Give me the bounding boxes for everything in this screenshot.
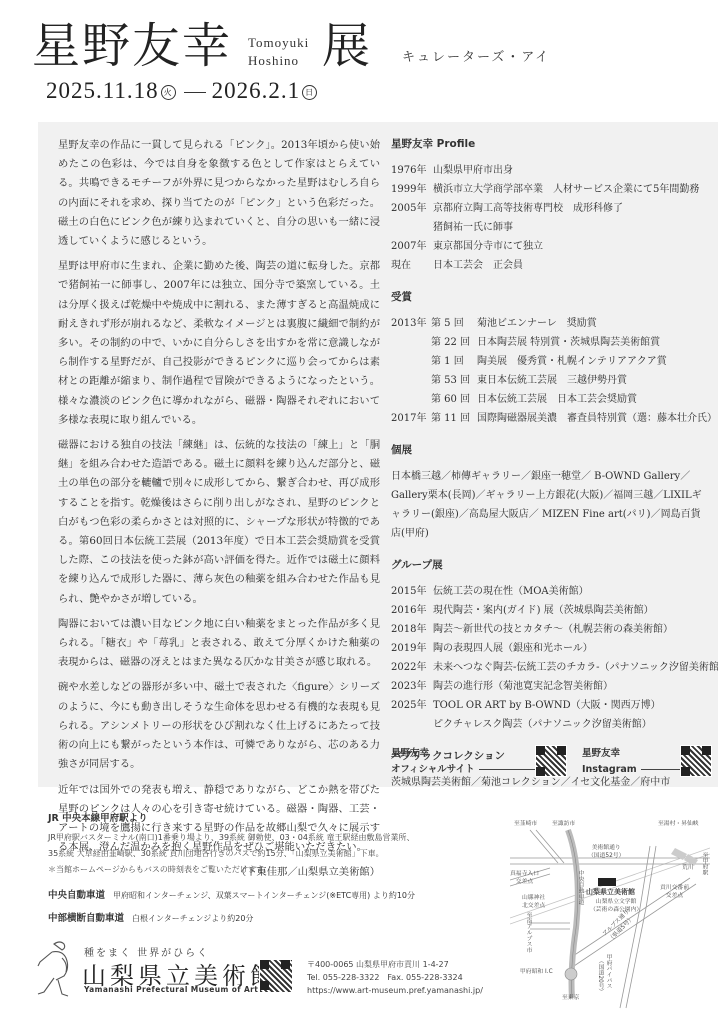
museum-name-en: Yamanashi Prefectural Museum of Art xyxy=(84,985,258,994)
museum-url[interactable]: https://www.art-museum.pref.yamanashi.jp… xyxy=(307,984,483,997)
award-row: 第 1 回陶美展 優秀賞・札幌インテリアアクア賞 xyxy=(391,352,709,371)
leader-line xyxy=(641,769,681,770)
exhibition-suffix: 展 xyxy=(322,18,370,74)
sower-logo-icon xyxy=(36,938,76,1002)
group-section: グループ展 2015年伝統工芸の現在性（MOA美術館） 2016年現代陶芸・案内… xyxy=(391,557,709,734)
exhibition-dates: 2025.11.18火2026.2.1日 xyxy=(46,78,319,104)
map-museum-label: 山梨県立美術館 xyxy=(586,888,635,896)
jr-access-note: ＊当館ホームページからもバスの時刻表をご覧いただけます。 xyxy=(48,862,508,878)
access-info: JR 中央本線甲府駅より JR甲府駅バスターミナル(南口)1番乗り場より、39系… xyxy=(48,810,508,924)
awards-section: 受賞 2013年第 5 回菊池ビエンナーレ 奨励賞 第 22 回日本陶芸展 特別… xyxy=(391,289,709,428)
group-row: ピクチャレスク陶芸（パナソニック汐留美術館） xyxy=(391,715,709,734)
leader-line xyxy=(479,769,535,770)
access-map: 至韮崎市 至諏訪市 至湯村・昇仙峡 美術館通り（国道52号） 真福寺入口交差点 … xyxy=(510,808,710,1013)
solo-list: 日本橋三越／柿傳ギャラリー／銀座一穂堂／ B-OWND Gallery／Gall… xyxy=(391,467,709,543)
artist-name-en-last: Hoshino xyxy=(248,52,309,70)
day-badge-end: 日 xyxy=(302,85,317,100)
artist-name-en: Tomoyuki Hoshino xyxy=(248,34,309,70)
group-row: 2022年未来へつなぐ陶芸-伝統工芸のチカラ-（パナソニック汐留美術館他） xyxy=(391,658,709,677)
profile-row: 1999年横浜市立大学商学部卒業 人材サービス企業にて5年間勤務 xyxy=(391,180,709,199)
essay-paragraph: 星野友幸の作品に一貫して見られる「ピンク」。2013年頃から使い始めたこの色彩は… xyxy=(58,136,380,251)
essay-paragraph: 陶器においては濃い目なピンク地に白い釉薬をまとった作品が多く見られる。「糖衣」や… xyxy=(58,615,380,673)
solo-section: 個展 日本橋三越／柿傳ギャラリー／銀座一穂堂／ B-OWND Gallery／G… xyxy=(391,442,709,543)
profile-title: 星野友幸 Profile xyxy=(391,136,709,151)
group-row: 2018年陶芸〜新世代の技とカタチ〜（札幌芸術の森美術館） xyxy=(391,620,709,639)
group-row: 2025年TOOL OR ART by B-OWND（大阪・関西万博） xyxy=(391,696,709,715)
essay-paragraph: 碗や水差しなどの器形が多い中、磁土で表された〈figure〉シリーズのように、今… xyxy=(58,678,380,774)
jr-access-line: 35系統 大草経由韮崎駅、30系統 貢川団地各行きのバスで約15分、「山梨県立美… xyxy=(48,846,508,862)
museum-address: 〒400-0065 山梨県甲府市貢川 1-4-27 xyxy=(307,958,483,971)
award-row: 第 53 回東日本伝統工芸展 三越伊勢丹賞 xyxy=(391,371,709,390)
profile-row: 猪飼祐一氏に師事 xyxy=(391,218,709,237)
museum-phone: Tel. 055-228-3322 Fax. 055-228-3324 xyxy=(307,971,483,984)
road-access: 中部横断自動車道白根インターチェンジより約20分 xyxy=(48,910,508,924)
jr-access-line: JR甲府駅バスターミナル(南口)1番乗り場より、39系統 御勅使、03・04系統… xyxy=(48,830,508,846)
profile-column: 星野友幸 Profile 1976年山梨県甲府市出身 1999年横浜市立大学商学… xyxy=(391,136,709,806)
essay-paragraph: 磁器における独自の技法「練継」は、伝統的な技法の「練上」と「胴継」を組み合わせた… xyxy=(58,436,380,609)
instagram-qr-icon[interactable] xyxy=(680,745,712,777)
award-row: 第 22 回日本陶芸展 特別賞・茨城県陶芸美術館賞 xyxy=(391,333,709,352)
artist-name-en-first: Tomoyuki xyxy=(248,34,309,52)
series-title: キュレーターズ・アイ xyxy=(402,46,550,65)
date-start: 2025.11.18 xyxy=(46,78,159,103)
profile-row: 現在日本工芸会 正会員 xyxy=(391,256,709,275)
profile-section: 星野友幸 Profile 1976年山梨県甲府市出身 1999年横浜市立大学商学… xyxy=(391,136,709,275)
essay-paragraph: 星野は甲府市に生まれ、企業に勤めた後、陶芸の道に転身した。京都で猪飼祐一に師事し… xyxy=(58,257,380,430)
museum-contact: 〒400-0065 山梨県甲府市貢川 1-4-27 Tel. 055-228-3… xyxy=(307,958,483,997)
instagram-link[interactable]: 星野友幸 Instagram xyxy=(582,746,681,778)
museum-qr-icon[interactable] xyxy=(259,959,293,993)
group-row: 2019年陶の表現四人展（銀座和光ホール） xyxy=(391,639,709,658)
group-title: グループ展 xyxy=(391,557,709,572)
artist-name-jp: 星野友幸 xyxy=(32,18,232,74)
profile-row: 1976年山梨県甲府市出身 xyxy=(391,161,709,180)
jr-access-title: JR 中央本線甲府駅より xyxy=(48,810,508,824)
date-dash xyxy=(184,92,206,93)
group-row: 2023年陶芸の進行形（菊池寛実記念智美術館） xyxy=(391,677,709,696)
date-end: 2026.2.1 xyxy=(212,78,301,103)
award-row: 第 60 回日本伝統工芸展 日本工芸会奨励賞 xyxy=(391,390,709,409)
profile-row: 2007年東京都国分寺市にて独立 xyxy=(391,237,709,256)
group-row: 2016年現代陶芸・案内(ガイド) 展（茨城県陶芸美術館） xyxy=(391,601,709,620)
awards-title: 受賞 xyxy=(391,289,709,304)
official-site-qr-icon[interactable] xyxy=(535,745,567,777)
group-row: 2015年伝統工芸の現在性（MOA美術館） xyxy=(391,582,709,601)
road-access: 中央自動車道甲府昭和インターチェンジ、双葉スマートインターチェンジ(※ETC専用… xyxy=(48,887,508,901)
museum-marker xyxy=(598,878,616,886)
profile-row: 2005年京都府立陶工高等技術専門校 成形科修了 xyxy=(391,199,709,218)
award-row: 2017年第 11 回国際陶磁器展美濃 審査員特別賞（選：藤本壮介氏） xyxy=(391,409,709,428)
official-site-link[interactable]: 星野友幸 オフィシャルサイト xyxy=(391,746,535,778)
solo-title: 個展 xyxy=(391,442,709,457)
essay: 星野友幸の作品に一貫して見られる「ピンク」。2013年頃から使い始めたこの色彩は… xyxy=(58,136,380,883)
day-badge-start: 火 xyxy=(161,85,176,100)
award-row: 2013年第 5 回菊池ビエンナーレ 奨励賞 xyxy=(391,314,709,333)
